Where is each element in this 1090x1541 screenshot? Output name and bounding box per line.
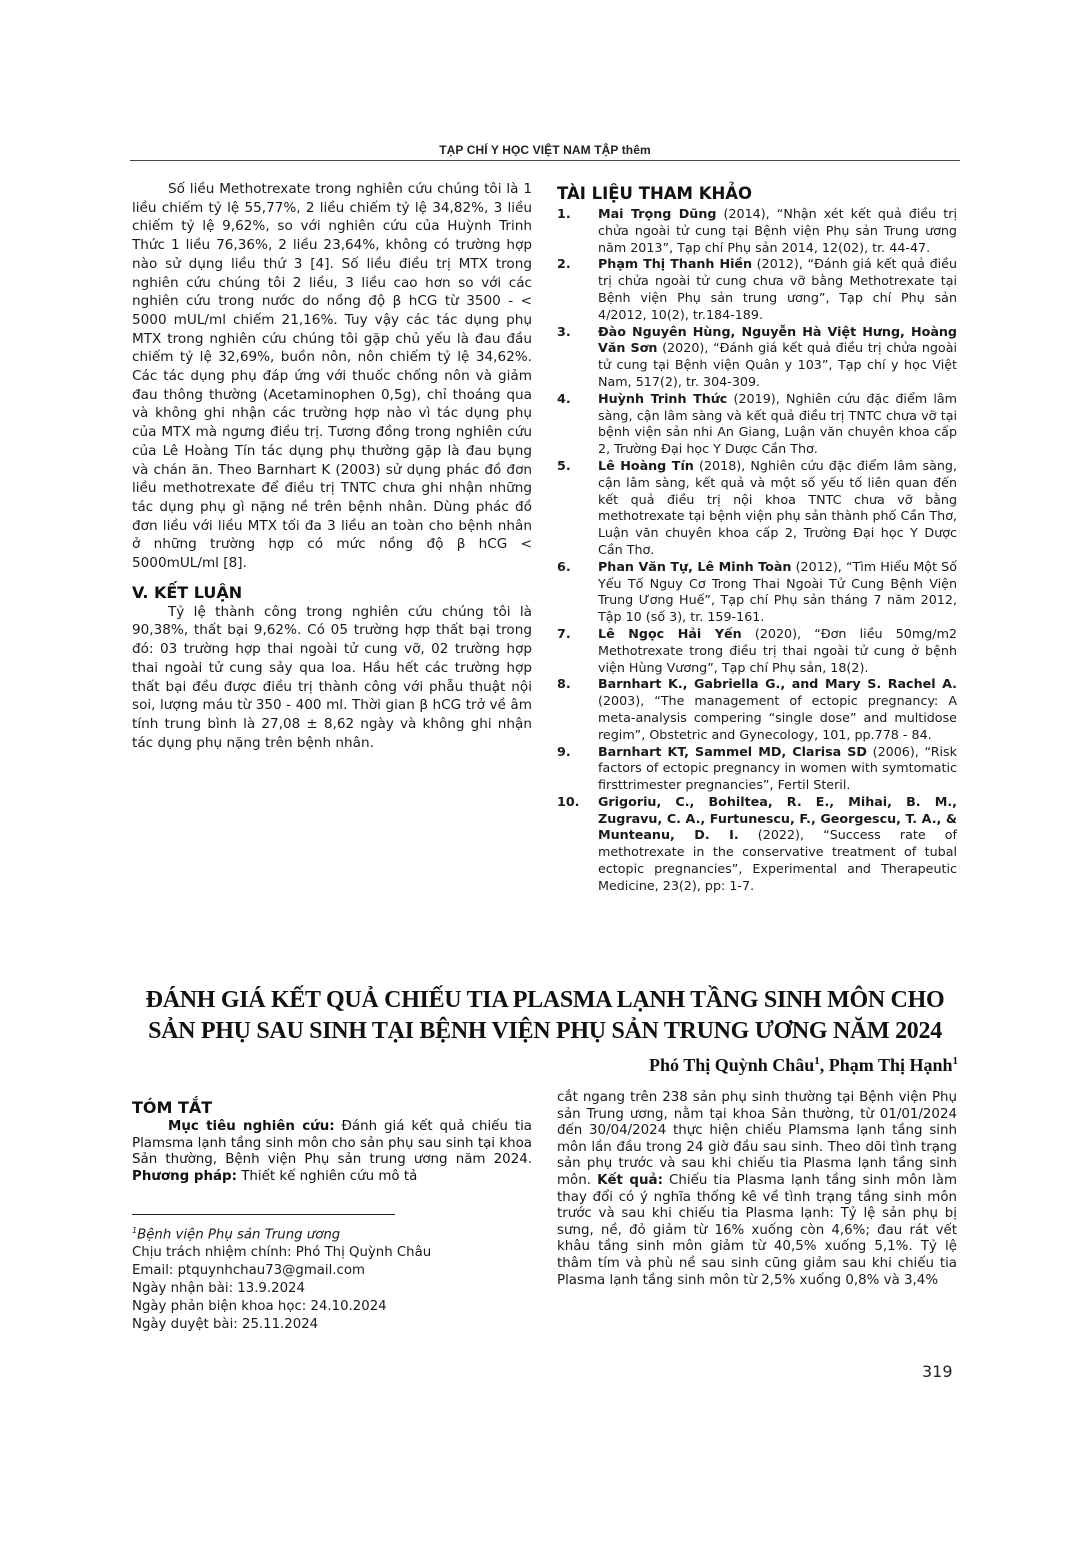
affiliation-footnote: 1Bệnh viện Phụ sản Trung ương: [132, 1222, 532, 1244]
abstract-paragraph: Mục tiêu nghiên cứu: Đánh giá kết quả ch…: [132, 1119, 532, 1185]
reference-item: 1. Mai Trọng Dũng (2014), “Nhận xét kết …: [557, 206, 957, 256]
method-label: Phương pháp:: [132, 1169, 237, 1184]
reference-item: 8. Barnhart K., Gabriella G., and Mary S…: [557, 676, 957, 743]
running-head: TẠP CHÍ Y HỌC VIỆT NAM TẬP thêm: [130, 143, 960, 157]
reference-item: 5. Lê Hoàng Tín (2018), Nghiên cứu đặc đ…: [557, 458, 957, 559]
abstract-heading: TÓM TẮT: [132, 1098, 532, 1117]
left-column: Số liều Methotrexate trong nghiên cứu ch…: [132, 180, 532, 752]
article-title-line-2: SẢN PHỤ SAU SINH TẠI BỆNH VIỆN PHỤ SẢN T…: [110, 1016, 980, 1047]
author-affiliation-mark: 1: [953, 1055, 959, 1067]
reference-item: 7. Lê Ngọc Hải Yến (2020), “Đơn liều 50m…: [557, 626, 957, 676]
reference-authors: Huỳnh Trinh Thức: [598, 391, 727, 406]
author-name: Phạm Thị Hạnh: [829, 1055, 953, 1075]
footnotes: 1Bệnh viện Phụ sản Trung ương Chịu trách…: [132, 1222, 532, 1334]
article-title: ĐÁNH GIÁ KẾT QUẢ CHIẾU TIA PLASMA LẠNH T…: [110, 985, 980, 1047]
references-section: TÀI LIỆU THAM KHẢO 1. Mai Trọng Dũng (20…: [557, 184, 957, 895]
page-number: 319: [922, 1362, 953, 1381]
accepted-date: Ngày duyệt bài: 25.11.2024: [132, 1316, 532, 1334]
reference-authors: Lê Hoàng Tín: [598, 458, 694, 473]
reference-authors: Barnhart K., Gabriella G., and Mary S. R…: [598, 676, 957, 691]
reference-number: 3.: [557, 324, 598, 391]
responsible-author: Chịu trách nhiệm chính: Phó Thị Quỳnh Ch…: [132, 1244, 532, 1262]
email-line: Email: ptquynhchau73@gmail.com: [132, 1262, 532, 1280]
reference-number: 10.: [557, 794, 598, 895]
result-text: Chiếu tia Plasma lạnh tầng sinh môn làm …: [557, 1173, 957, 1288]
received-date: Ngày nhận bài: 13.9.2024: [132, 1280, 532, 1298]
discussion-paragraph: Số liều Methotrexate trong nghiên cứu ch…: [132, 180, 532, 573]
affiliation-text: Bệnh viện Phụ sản Trung ương: [137, 1227, 340, 1242]
reference-authors: Phan Văn Tự, Lê Minh Toàn: [598, 559, 791, 574]
reference-authors: Mai Trọng Dũng: [598, 206, 716, 221]
reference-item: 9. Barnhart KT, Sammel MD, Clarisa SD (2…: [557, 744, 957, 794]
author-separator: ,: [820, 1055, 829, 1075]
objective-label: Mục tiêu nghiên cứu:: [168, 1119, 335, 1134]
reference-number: 2.: [557, 256, 598, 323]
result-label: Kết quả:: [597, 1173, 663, 1188]
author-name: Phó Thị Quỳnh Châu: [649, 1055, 814, 1075]
reviewed-date: Ngày phản biện khoa học: 24.10.2024: [132, 1298, 532, 1316]
reference-authors: Phạm Thị Thanh Hiền: [598, 256, 752, 271]
reference-item: 10. Grigoriu, C., Bohiltea, R. E., Mihai…: [557, 794, 957, 895]
reference-number: 9.: [557, 744, 598, 794]
reference-item: 4. Huỳnh Trinh Thức (2019), Nghiên cứu đ…: [557, 391, 957, 458]
article-title-line-1: ĐÁNH GIÁ KẾT QUẢ CHIẾU TIA PLASMA LẠNH T…: [110, 985, 980, 1016]
reference-item: 3. Đào Nguyên Hùng, Nguyễn Hà Việt Hưng,…: [557, 324, 957, 391]
header-rule: [130, 160, 960, 161]
footnote-rule: [132, 1214, 395, 1215]
journal-page: TẠP CHÍ Y HỌC VIỆT NAM TẬP thêm Số liều …: [0, 0, 1090, 1541]
method-text: Thiết kế nghiên cứu mô tả: [237, 1169, 417, 1184]
reference-number: 7.: [557, 626, 598, 676]
reference-authors: Lê Ngọc Hải Yến: [598, 626, 742, 641]
reference-item: 6. Phan Văn Tự, Lê Minh Toàn (2012), “Tì…: [557, 559, 957, 626]
conclusion-paragraph: Tỷ lệ thành công trong nghiên cứu chúng …: [132, 603, 532, 753]
abstract-left: TÓM TẮT Mục tiêu nghiên cứu: Đánh giá kế…: [132, 1098, 532, 1185]
reference-number: 5.: [557, 458, 598, 559]
references-heading: TÀI LIỆU THAM KHẢO: [557, 184, 957, 204]
reference-authors: Barnhart KT, Sammel MD, Clarisa SD: [598, 744, 867, 759]
reference-number: 1.: [557, 206, 598, 256]
reference-item: 2. Phạm Thị Thanh Hiền (2012), “Đánh giá…: [557, 256, 957, 323]
reference-number: 6.: [557, 559, 598, 626]
article-authors: Phó Thị Quỳnh Châu1, Phạm Thị Hạnh1: [649, 1055, 958, 1076]
conclusion-heading: V. KẾT LUẬN: [132, 583, 532, 603]
abstract-right: cắt ngang trên 238 sản phụ sinh thường t…: [557, 1090, 957, 1289]
reference-number: 4.: [557, 391, 598, 458]
reference-text: (2003), “The management of ectopic pregn…: [598, 693, 957, 742]
reference-number: 8.: [557, 676, 598, 743]
